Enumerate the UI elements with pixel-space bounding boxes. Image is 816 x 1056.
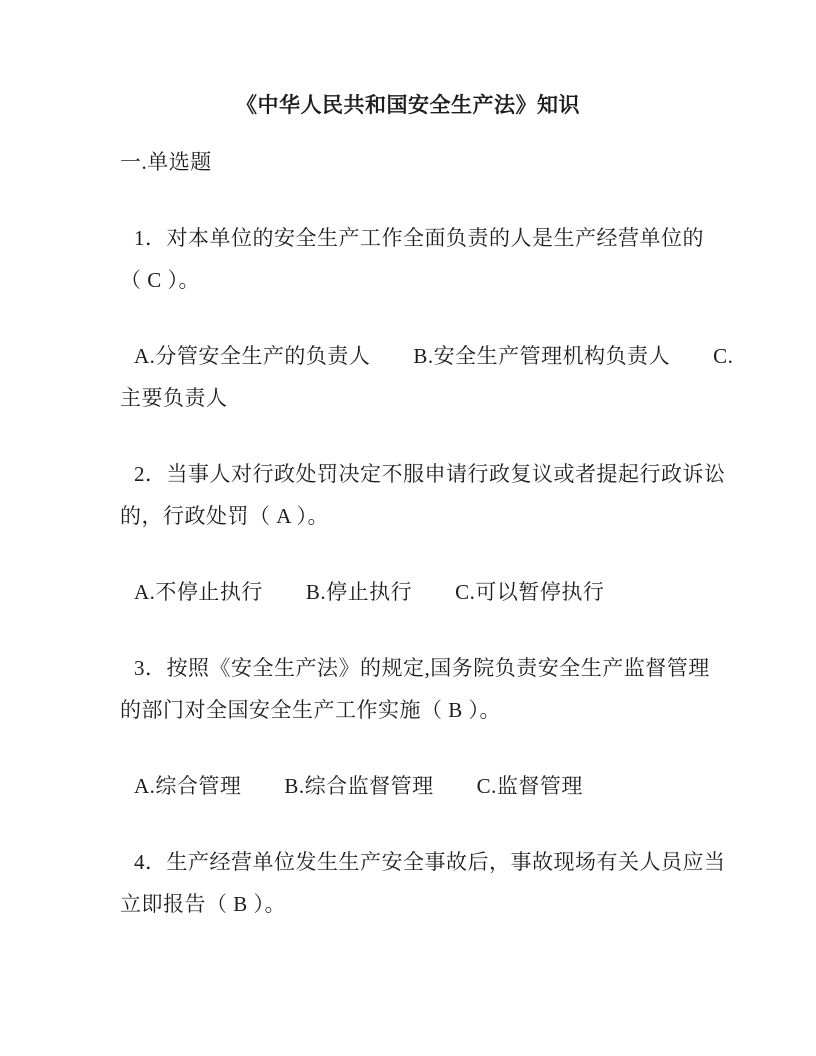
document-page: 《中华人民共和国安全生产法》知识 一.单选题 1．对本单位的安全生产工作全面负责… xyxy=(0,0,816,1056)
question-1: 1．对本单位的安全生产工作全面负责的人是生产经营单位的 （ C ）。 A.分管安… xyxy=(120,217,696,419)
question-1-text-line-1: 1．对本单位的安全生产工作全面负责的人是生产经营单位的 xyxy=(120,217,696,259)
question-1-text-line-2: （ C ）。 xyxy=(120,259,696,301)
question-2: 2．当事人对行政处罚决定不服申请行政复议或者提起行政诉讼 的，行政处罚（ A ）… xyxy=(120,453,696,613)
question-2-text-line-2: 的，行政处罚（ A ）。 xyxy=(120,495,696,537)
question-3-text-line-1: 3．按照《安全生产法》的规定,国务院负责安全生产监督管理 xyxy=(120,647,696,689)
question-3-options-line-1: A.综合管理 B.综合监督管理 C.监督管理 xyxy=(120,765,696,807)
question-4-text-line-1: 4．生产经营单位发生生产安全事故后，事故现场有关人员应当 xyxy=(120,841,696,883)
question-1-options-line-1: A.分管安全生产的负责人 B.安全生产管理机构负责人 C. xyxy=(120,335,696,377)
section-heading: 一.单选题 xyxy=(120,141,696,183)
question-2-options-line-1: A.不停止执行 B.停止执行 C.可以暂停执行 xyxy=(120,571,696,613)
question-1-options-line-2: 主要负责人 xyxy=(120,377,696,419)
question-2-text-line-1: 2．当事人对行政处罚决定不服申请行政复议或者提起行政诉讼 xyxy=(120,453,696,495)
question-3: 3．按照《安全生产法》的规定,国务院负责安全生产监督管理 的部门对全国安全生产工… xyxy=(120,647,696,807)
question-4-text-line-2: 立即报告（ B ）。 xyxy=(120,883,696,925)
question-4: 4．生产经营单位发生生产安全事故后，事故现场有关人员应当 立即报告（ B ）。 xyxy=(120,841,696,925)
document-title: 《中华人民共和国安全生产法》知识 xyxy=(120,84,696,126)
question-3-text-line-2: 的部门对全国安全生产工作实施（ B ）。 xyxy=(120,689,696,731)
